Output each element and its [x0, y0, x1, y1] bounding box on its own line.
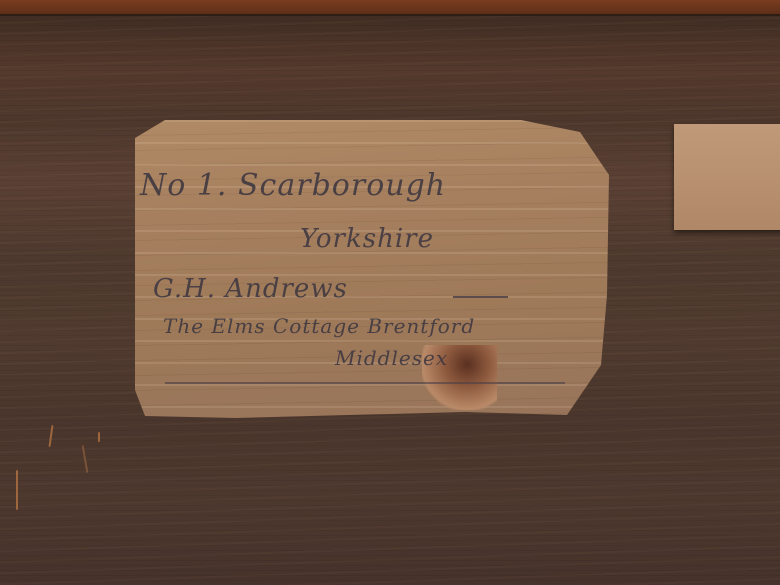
scratch-mark: [98, 432, 100, 442]
label-line-address: The Elms Cottage Brentford: [163, 314, 475, 338]
secondary-label: [674, 124, 780, 230]
label-line-number-place: No 1. Scarborough: [140, 168, 446, 203]
handwritten-label: No 1. Scarborough Yorkshire G.H. Andrews…: [135, 120, 609, 418]
label-line-artist: G.H. Andrews: [153, 274, 348, 304]
scratch-mark: [16, 470, 18, 510]
ink-underline: [165, 382, 565, 384]
label-line-county: Yorkshire: [300, 224, 434, 254]
label-line-region: Middlesex: [335, 346, 448, 370]
paper-wrinkles: [135, 120, 609, 418]
ink-dash: [453, 296, 508, 298]
frame-edge: [0, 0, 780, 16]
